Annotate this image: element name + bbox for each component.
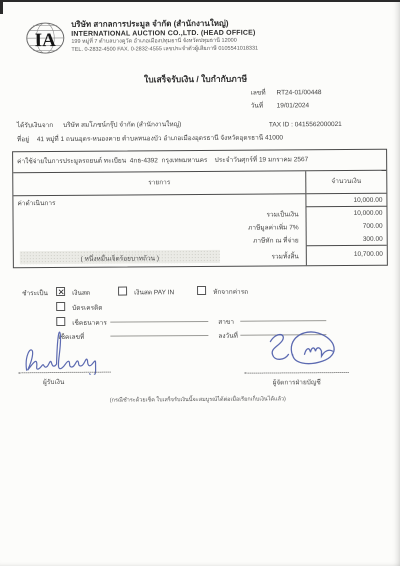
branch-blank bbox=[240, 313, 326, 322]
receiver-signature-label: ผู้รับเงิน bbox=[19, 377, 89, 387]
column-header-amount: จำนวนเงิน bbox=[306, 171, 386, 195]
manager-signature-line bbox=[245, 372, 349, 374]
document-date-row: วันที่ 19/01/2024 bbox=[251, 99, 322, 112]
option-cash-label: เงินสด bbox=[72, 288, 90, 298]
total-label: รวมทั้งสิ้น bbox=[220, 251, 306, 262]
subtotal-amount: 10,000.00 bbox=[306, 207, 386, 221]
cheque-date-label: ลงวันที่ bbox=[218, 331, 238, 341]
document-number-row: เลขที่ RT24-01/00448 bbox=[251, 86, 322, 99]
customer-tax-id: TAX ID : 0415562000021 bbox=[269, 121, 342, 129]
tax-id-label: TAX ID : bbox=[269, 121, 293, 128]
document-date-value: 19/01/2024 bbox=[277, 102, 310, 109]
document-number-label: เลขที่ bbox=[251, 86, 275, 99]
option-deduct-label: หักจากค่ารถ bbox=[213, 287, 248, 297]
total-amount: 10,700.00 bbox=[307, 246, 387, 266]
svg-text:IA: IA bbox=[35, 30, 57, 51]
document-date-label: วันที่ bbox=[251, 99, 275, 112]
invoice-table: ค่าใช้จ่ายในการประมูลรถยนต์ ทะเบียน 4กธ-… bbox=[12, 149, 388, 269]
column-header-item: รายการ bbox=[13, 171, 305, 196]
checkbox-cash bbox=[56, 287, 65, 296]
customer-line: ได้รับเงินจาก บริษัท สมโภชน์กรุ๊ป จำกัด … bbox=[17, 119, 181, 130]
cheque-no-blank bbox=[110, 328, 208, 337]
tax-id-value: 0415562000021 bbox=[295, 121, 342, 128]
amount-in-words: ( หนึ่งหมื่นเจ็ดร้อยบาทถ้วน ) bbox=[20, 250, 220, 264]
invoice-description: ค่าใช้จ่ายในการประมูลรถยนต์ ทะเบียน 4กธ-… bbox=[13, 150, 386, 174]
checkbox-deduct bbox=[197, 286, 206, 295]
option-payin-label: เงินสด PAY IN bbox=[134, 287, 174, 297]
cheque-bank-blank bbox=[110, 314, 208, 323]
customer-address-line: ที่อยู่ 41 หมู่ที่ 1 ถนนอุดร-หนองคาย ตำบ… bbox=[17, 132, 283, 144]
customer-address: 41 หมู่ที่ 1 ถนนอุดร-หนองคาย ตำบลหนองบัว… bbox=[37, 134, 283, 143]
company-header: บริษัท สากลการประมูล จำกัด (สำนักงานใหญ่… bbox=[71, 18, 371, 54]
checkbox-payin bbox=[118, 287, 127, 296]
receipt-document: IA บริษัท สากลการประมูล จำกัด (สำนักงานใ… bbox=[0, 0, 400, 566]
option-credit-card-label: บัตรเครดิต bbox=[72, 303, 102, 313]
manager-signature bbox=[246, 325, 350, 374]
customer-address-label: ที่อยู่ bbox=[17, 136, 29, 143]
payment-section: ชำระเป็น เงินสด เงินสด PAY IN หักจากค่าร… bbox=[0, 0, 398, 1]
received-from-label: ได้รับเงินจาก bbox=[17, 122, 53, 129]
customer-name: บริษัท สมโภชน์กรุ๊ป จำกัด (สำนักงานใหญ่) bbox=[63, 121, 181, 129]
company-contact: TEL. 0-2832-4500 FAX. 0-2832-4555 เลขประ… bbox=[71, 44, 371, 54]
vat-amount: 700.00 bbox=[307, 220, 387, 234]
company-logo: IA bbox=[25, 18, 65, 58]
receiver-signature bbox=[20, 323, 112, 376]
document-meta: เลขที่ RT24-01/00448 วันที่ 19/01/2024 bbox=[251, 86, 322, 112]
footer-note: (กรณีชำระด้วยเช็ค ใบเสร็จรับเงินนี้จะสมบ… bbox=[1, 395, 395, 406]
globe-icon: IA bbox=[25, 18, 65, 58]
checkbox-credit-card bbox=[56, 302, 65, 311]
payment-label: ชำระเป็น bbox=[22, 288, 48, 298]
branch-label: สาขา bbox=[218, 317, 234, 327]
line-item-amount: 10,000.00 bbox=[306, 194, 386, 208]
manager-signature-label: ผู้จัดการฝ่ายบัญชี bbox=[245, 377, 349, 388]
receipt-scan-page: IA บริษัท สากลการประมูล จำกัด (สำนักงานใ… bbox=[0, 0, 400, 566]
document-number-value: RT24-01/00448 bbox=[276, 89, 321, 96]
withholding-amount: 300.00 bbox=[307, 233, 387, 247]
document-title: ใบเสร็จรับเงิน / ใบกำกับภาษี bbox=[0, 71, 393, 88]
